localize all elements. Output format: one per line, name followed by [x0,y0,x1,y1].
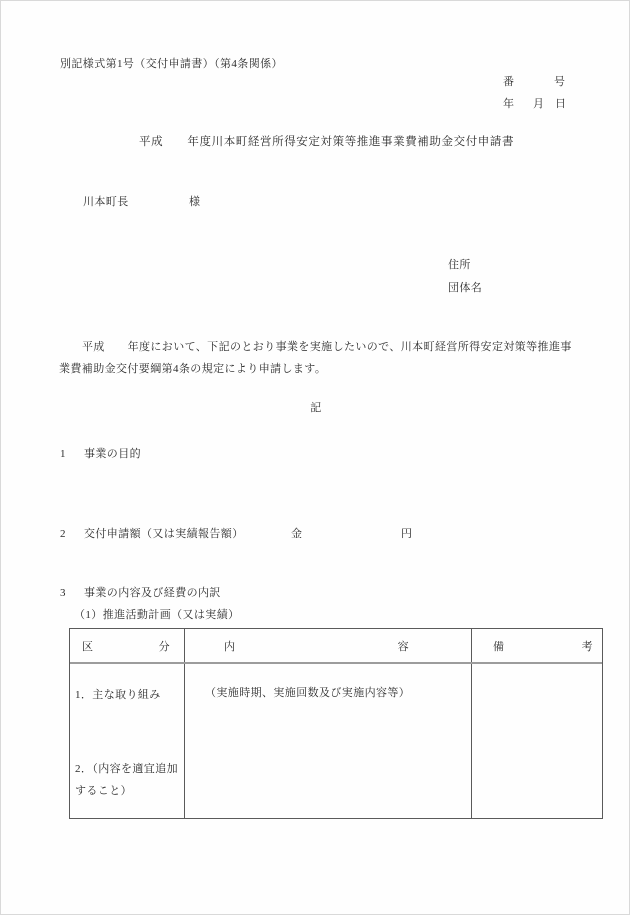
header-remarks-right: 考 [582,638,593,654]
category-item-1: 1．主な取り組み [75,684,183,706]
item-3-label: 事業の内容及び経費の内訳 [84,586,221,600]
date-year-label: 年 [503,97,514,111]
category-item-2: 2．（内容を適宜追加すること） [75,758,183,802]
header-category-left: 区 [82,638,93,654]
table-header-row: 区 分 内 容 備 考 [70,629,602,664]
item-1-label: 事業の目的 [84,447,141,461]
doc-number-label-go: 号 [554,75,565,89]
item-2-label: 交付申請額（又は実績報告額） [84,527,244,541]
form-id-line: 別記様式第1号（交付申請書）（第4条関係） [60,57,283,71]
remarks-cell [472,664,602,818]
date-month-label: 月 [533,97,544,111]
activity-plan-table: 区 分 内 容 備 考 1．主な取り組み 2．（内容を適宜追加すること） （実施… [69,628,603,819]
applicant-organization-label: 団体名 [448,281,482,295]
record-marker: 記 [1,401,630,415]
header-category-right: 分 [159,638,170,654]
item-3-sub-label: （1）推進活動計画（又は実績） [74,608,240,622]
table-body-row: 1．主な取り組み 2．（内容を適宜追加すること） （実施時期、実施回数及び実施内… [70,664,602,818]
item-3-number: 3 [60,586,66,600]
addressee-name: 川本町長 [83,195,129,209]
header-cell-category: 区 分 [70,629,185,662]
date-day-label: 日 [555,97,566,111]
header-cell-remarks: 備 考 [472,629,602,662]
item-2-number: 2 [60,527,66,541]
header-cell-content: 内 容 [185,629,472,662]
doc-number-label-ban: 番 [503,75,514,89]
application-form-page: 別記様式第1号（交付申請書）（第4条関係） 番 号 年 月 日 平成 年度川本町… [0,0,630,915]
header-content-right: 容 [398,638,409,654]
category-cell: 1．主な取り組み 2．（内容を適宜追加すること） [70,664,185,818]
application-paragraph-line2: 業費補助金交付要綱第4条の規定により申請します。 [59,362,326,376]
application-paragraph-line1: 平成 年度において、下記のとおり事業を実施したいので、川本町経営所得安定対策等推… [82,340,572,354]
item-1-number: 1 [60,447,66,461]
applicant-address-label: 住所 [448,258,471,272]
header-content-left: 内 [224,638,235,654]
content-note: （実施時期、実施回数及び実施内容等） [205,684,463,700]
amount-prefix-label: 金 [291,527,302,541]
amount-suffix-label: 円 [401,527,412,541]
content-cell: （実施時期、実施回数及び実施内容等） [185,664,472,818]
header-remarks-left: 備 [493,638,504,654]
document-title: 平成 年度川本町経営所得安定対策等推進事業費補助金交付申請書 [139,135,514,150]
addressee-honorific: 様 [189,195,200,209]
